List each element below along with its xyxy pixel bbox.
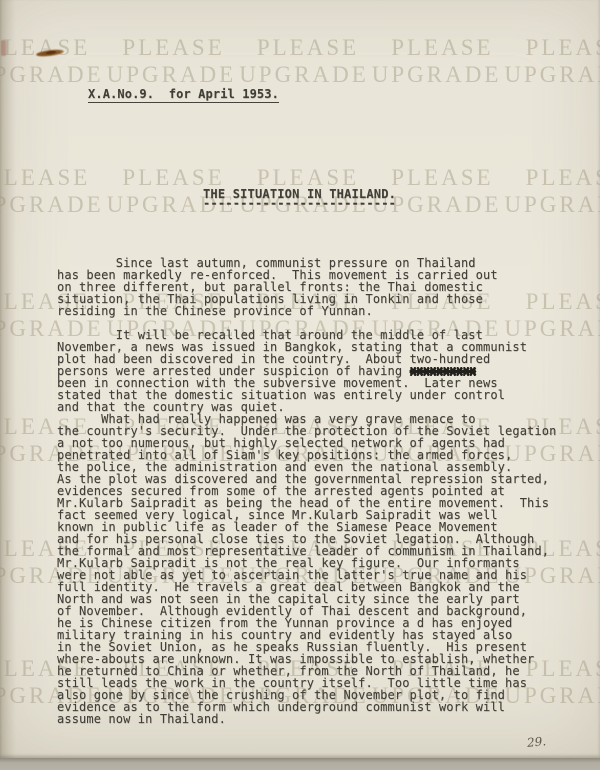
watermark-word: PLEASE <box>526 36 600 60</box>
scanned-document: PLEASEPLEASEPLEASEPLEASEPLEASEUPGRADEUPG… <box>0 0 600 770</box>
watermark-word: UPGRADE <box>0 193 104 217</box>
paragraph: What had really happened was a very grav… <box>57 413 587 725</box>
watermark-group: PLEASEPLEASEPLEASEPLEASEPLEASEUPGRADEUPG… <box>0 36 600 87</box>
watermark-word: PLEASE <box>257 36 359 60</box>
watermark-word: PLEASE <box>391 166 493 190</box>
title-dashed-underline: -------------------------- <box>203 200 396 206</box>
paragraph-text: Since last autumn, communist pressure on… <box>57 256 498 318</box>
document-title-block: THE SITUATION IN THAILAND. -------------… <box>203 188 396 206</box>
watermark-word: PLEASE <box>526 166 600 190</box>
paragraph-text: What had really happened was a very grav… <box>57 412 556 726</box>
red-edge-mark <box>1 40 6 56</box>
watermark-word: UPGRADE <box>372 63 502 87</box>
document-body: Since last autumn, communist pressure on… <box>57 257 587 725</box>
watermark-word: UPGRADE <box>239 63 369 87</box>
paper-sheet: PLEASEPLEASEPLEASEPLEASEPLEASEUPGRADEUPG… <box>0 0 600 758</box>
watermark-word: UPGRADE <box>107 63 237 87</box>
watermark-word: PLEASE <box>122 36 224 60</box>
paragraph-text: been in connection with the subversive m… <box>57 376 505 414</box>
handwritten-page-number: 29. <box>526 734 546 750</box>
scan-bottom-edge <box>0 758 600 770</box>
paragraph: It will be recalled that around the midd… <box>57 329 587 413</box>
document-reference-heading: X.A.No.9. for April 1953. <box>88 88 279 103</box>
watermark-word: UPGRADE <box>504 63 600 87</box>
watermark-word: UPGRADE <box>504 193 600 217</box>
watermark-word: PLEASE <box>391 36 493 60</box>
watermark-word: UPGRADE <box>0 63 104 87</box>
paragraph: Since last autumn, communist pressure on… <box>57 257 587 317</box>
watermark-word: PLEASE <box>0 166 90 190</box>
